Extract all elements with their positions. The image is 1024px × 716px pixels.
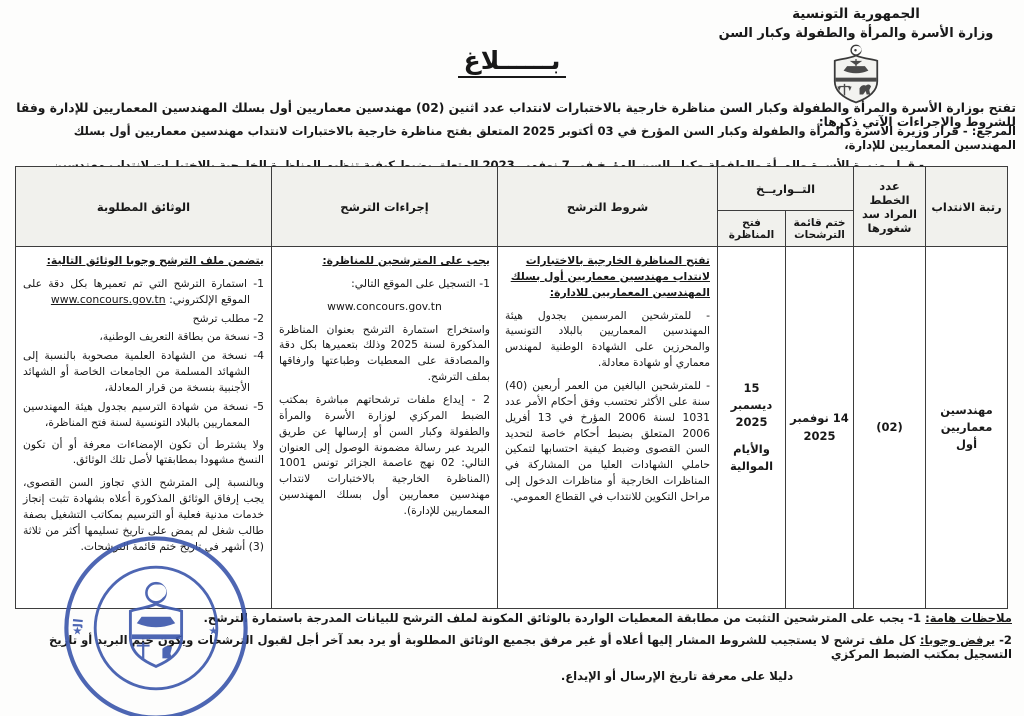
note-1-text: 1- يجب على المترشحين التثبت من مطابقة ال… (203, 611, 921, 625)
document-item-3: 3- نسخة من بطاقة التعريف الوطنية، (23, 329, 264, 345)
concours-url-link[interactable]: www.concours.gov.tn (51, 293, 166, 306)
country-name: الجمهورية التونسية (698, 6, 1014, 22)
cell-positions: (02) (854, 247, 926, 609)
table-row: مهندسين معماريين أول (02) 14 نوفمبر 2025… (16, 247, 1008, 609)
documents-paragraph-1: ولا يشترط أن تكون الإمضاءات معرفة أو أن … (23, 437, 264, 469)
note-2-continuation: دليلا على معرفة تاريخ الإرسال أو الإيداع… (12, 669, 1012, 683)
document-page: الجمهورية التونسية وزارة الأسرة والمرأة … (0, 0, 1024, 716)
col-header-conditions: شروط الترشح (498, 167, 718, 247)
references-label: المرجع: (972, 124, 1016, 138)
page-title: بــــــلاغ (0, 46, 1024, 78)
document-item-1: 1- استمارة الترشح التي تم تعميرها بكل دق… (23, 276, 264, 308)
note-2-text: كل ملف ترشح لا يستجيب للشروط المشار إليه… (49, 633, 1012, 661)
notes-heading: ملاحظات هامة: (925, 611, 1012, 625)
documents-heading: يتضمن ملف الترشح وجوبا الوثائق التالية: (23, 253, 264, 269)
condition-item-2: - للمترشحين البالغين من العمر أربعين (40… (505, 378, 710, 505)
announcement-table: رتبة الانتداب عدد الخطط المراد سد شغورها… (15, 166, 1008, 609)
cell-conditions: تفتح المناظرة الخارجية بالاختبارات لانتد… (498, 247, 718, 609)
notes-block: ملاحظات هامة: 1- يجب على المترشحين التثب… (12, 611, 1012, 691)
ministry-name: وزارة الأسرة والمرأة والطفولة وكبار السن (698, 26, 1014, 41)
col-header-procedures: إجراءات الترشح (272, 167, 498, 247)
procedure-step-2: 2 - إيداع ملفات ترشحاتهم مباشرة بمكتب ال… (279, 392, 490, 519)
reference-line-1: المرجع: - قرار وزيرة الأسرة والمرأة والط… (8, 124, 1016, 152)
cell-date-open: 15 ديسمبر 2025 والأيام الموالية (718, 247, 786, 609)
date-open-note: والأيام الموالية (722, 441, 781, 476)
reference-item-1: - قرار وزيرة الأسرة والمرأة والطفولة وكب… (74, 124, 1016, 152)
col-header-dates: التــواريــخ (718, 167, 854, 211)
col-header-dates-close: ختم قائمة الترشحات (786, 211, 854, 247)
note-2-line: 2- يرفض وجوبا: كل ملف ترشح لا يستجيب للش… (12, 633, 1012, 661)
col-header-rank: رتبة الانتداب (926, 167, 1008, 247)
page-title-text: بــــــلاغ (458, 46, 567, 78)
conditions-heading: تفتح المناظرة الخارجية بالاختبارات لانتد… (505, 253, 710, 301)
note-1-line: ملاحظات هامة: 1- يجب على المترشحين التثب… (12, 611, 1012, 625)
cell-rank: مهندسين معماريين أول (926, 247, 1008, 609)
cell-procedures: يجب على المترشحين للمناظرة: 1- التسجيل ع… (272, 247, 498, 609)
date-open-value: 15 ديسمبر 2025 (722, 380, 781, 432)
procedures-heading: يجب على المترشحين للمناظرة: (279, 253, 490, 269)
document-item-4: 4- نسخة من الشهادة العلمية مصحوبة بالنسب… (23, 348, 264, 396)
cell-documents: يتضمن ملف الترشح وجوبا الوثائق التالية: … (16, 247, 272, 609)
document-item-5: 5- نسخة من شهادة الترسيم بجدول هيئة المه… (23, 399, 264, 431)
col-header-documents: الوثائق المطلوبة (16, 167, 272, 247)
cell-date-close: 14 نوفمبر 2025 (786, 247, 854, 609)
col-header-positions: عدد الخطط المراد سد شغورها (854, 167, 926, 247)
document-item-2: 2- مطلب ترشح (23, 311, 264, 327)
note-2-label: يرفض وجوبا: (920, 633, 995, 647)
documents-paragraph-2: وبالنسبة إلى المترشح الذي تجاوز السن الق… (23, 475, 264, 554)
condition-item-1: - للمترشحين المرسمين بجدول هيئة المهندسي… (505, 308, 710, 371)
concours-url-link[interactable]: www.concours.gov.tn (327, 300, 442, 313)
note-2-number: 2- (999, 633, 1012, 647)
col-header-dates-open: فتح المناظرة (718, 211, 786, 247)
procedure-step-1-continuation: واستخراج استمارة الترشح بعنوان المناظرة … (279, 322, 490, 385)
procedure-step-1: 1- التسجيل على الموقع التالي: (279, 276, 490, 292)
